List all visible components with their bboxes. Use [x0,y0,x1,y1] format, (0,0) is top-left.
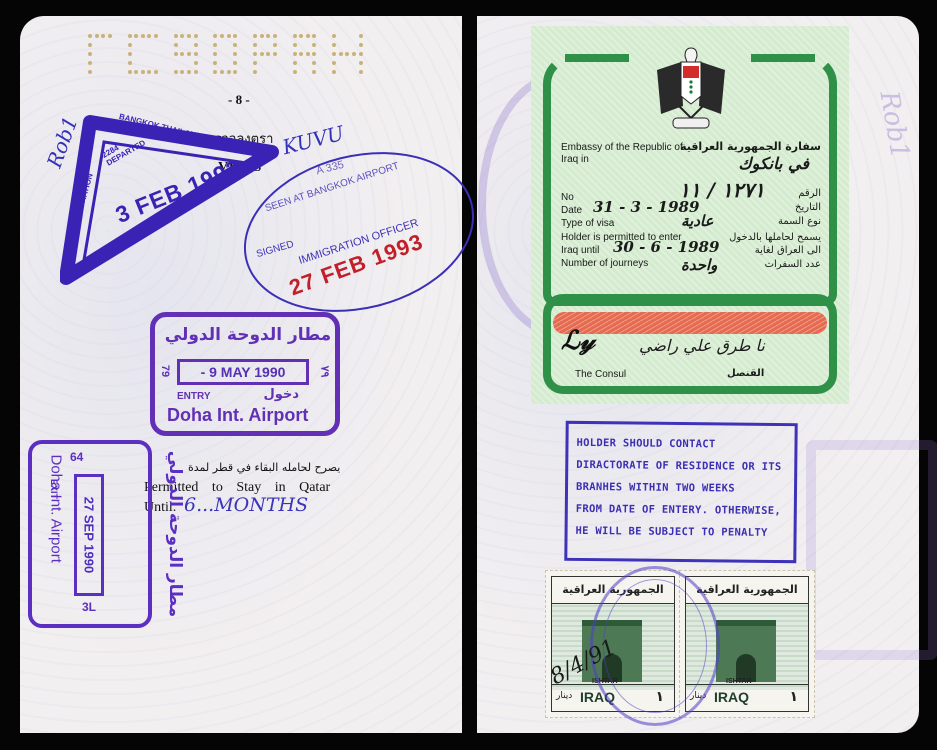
visa-consul-label: The Consul [575,369,626,380]
faded-rectangular-stamp [806,440,937,660]
exit-stamp-date: 27 SEP 1990 [82,497,97,573]
entry-stamp-date: - 9 MAY 1990 [177,359,309,385]
visa-embassy-label: Embassy of the Republic of [561,142,683,153]
visa-date-label-ar: التاريخ [795,202,821,213]
iraq-visa-sticker: Embassy of the Republic of Iraq in سفارة… [531,26,849,404]
exit-stamp-airport: Doha Int. Airport [48,455,65,615]
exit-stamp-number-top: 64 [70,450,83,464]
notice-line: DIRACTORATE OF RESIDENCE OR ITS [576,454,786,478]
notice-line: BRANHES WITHIN TWO WEEKS [576,476,786,500]
visa-type-label: Type of visa [561,218,614,229]
visa-until-label: Iraq until [561,245,599,256]
entry-stamp-airport: Doha Int. Airport [167,405,308,426]
visa-until-value: 30 - 6 - 1989 [613,238,719,256]
entry-stamp-left-number: 79 [159,365,171,377]
exit-stamp-datebox: 27 SEP 1990 [74,474,104,596]
notice-line: HE WILL BE SUBJECT TO PENALTY [575,520,785,544]
ishtar-gate-icon [716,620,776,682]
visa-journeys-label: Number of journeys [561,258,648,269]
entry-stamp-arabic-title: مطار الدوحة الدولي [163,325,333,345]
revenue-stamp-country: IRAQ [714,689,749,705]
visa-no-label: No [561,192,574,203]
visa-until-label-ar: الى العراق لغاية [755,245,821,256]
visa-date-label: Date [561,205,582,216]
visa-holder-label-ar: يسمح لحاملها بالدخول [729,232,821,243]
notice-line: HOLDER SHOULD CONTACT [576,432,786,456]
revenue-stamp-value: ١ [789,689,798,705]
permit-arabic: يصرح لحامله البقاء في قطر لمدة [188,461,340,474]
revenue-stamp-unit: دينار [556,691,572,701]
residence-notice-stamp: HOLDER SHOULD CONTACTDIRACTORATE OF RESI… [564,421,797,563]
consul-signature: ℒ𝓎 [561,326,595,357]
notice-line: FROM DATE OF ENTERY. OTHERWISE, [576,498,786,522]
entry-stamp-type-ar: دخول [264,387,299,402]
entry-stamp-right-number: ٧٩ [319,366,332,378]
visa-type-label-ar: نوع السمة [778,216,821,227]
doha-exit-stamp: 64 EXIT Doha Int. Airport 27 SEP 1990 مط… [28,440,152,628]
visa-iraq-in-label: Iraq in [561,154,589,165]
iraq-eagle-emblem-icon [655,44,727,132]
visa-location-value: في بانكوك [738,154,809,173]
visa-embassy-arabic: سفارة الجمهورية العراقية [680,140,821,153]
consul-name-handwritten: نا طرق علي راضي [639,336,765,355]
visa-journeys-value: واحدة [681,256,717,274]
visa-consul-label-ar: القنصل [727,368,764,379]
page-number: - 8 - [228,92,250,108]
exit-stamp-number-bottom: 3L [82,600,96,614]
doha-entry-stamp: مطار الدوحة الدولي 79 - 9 MAY 1990 ٧٩ EN… [150,312,340,436]
entry-stamp-type-en: ENTRY [177,391,211,402]
exit-stamp-arabic-title: مطار الدوحة الدولي [165,451,185,617]
visa-no-label-ar: الرقم [798,188,821,199]
perforated-passport-number [88,34,368,76]
permit-until-value: 6...MONTHS [184,494,308,516]
visa-journeys-label-ar: عدد السفرات [765,259,821,270]
visa-type-value: عادية [681,212,713,230]
